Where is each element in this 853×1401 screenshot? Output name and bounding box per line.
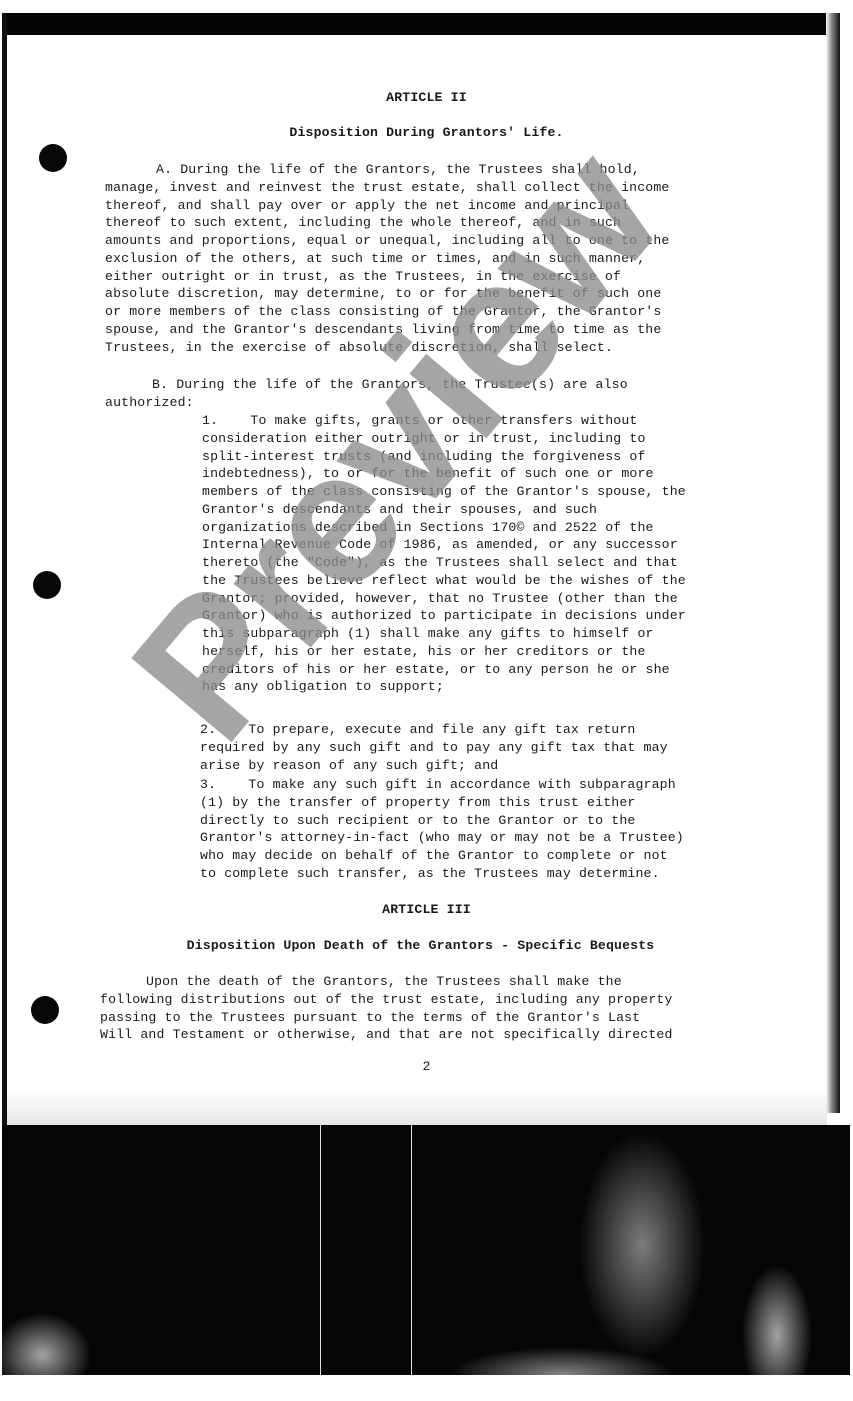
text-line: this subparagraph (1) shall make any gif… xyxy=(202,625,654,643)
hole-punch xyxy=(31,996,59,1024)
text-line: has any obligation to support; xyxy=(202,678,444,696)
scanner-seam xyxy=(320,1125,321,1375)
text-line: Trustees, in the exercise of absolute di… xyxy=(105,339,613,357)
text-line: to complete such transfer, as the Truste… xyxy=(200,865,660,883)
text-line: Upon the death of the Grantors, the Trus… xyxy=(146,973,622,991)
text-line: Grantor's descendants and their spouses,… xyxy=(202,501,597,519)
text-line: spouse, and the Grantor's descendants li… xyxy=(105,321,661,339)
text-line: creditors of his or her estate, or to an… xyxy=(202,661,670,679)
text-line: directly to such recipient or to the Gra… xyxy=(200,812,635,830)
page-number: 2 xyxy=(0,1058,853,1076)
text-line: 3. To make any such gift in accordance w… xyxy=(200,776,676,794)
hole-punch xyxy=(33,571,61,599)
text-line: who may decide on behalf of the Grantor … xyxy=(200,847,668,865)
text-line: 2. To prepare, execute and file any gift… xyxy=(200,721,635,739)
text-line: Internal Revenue Code of 1986, as amende… xyxy=(202,536,678,554)
text-line: thereto (the "Code"), as the Trustees sh… xyxy=(202,554,678,572)
text-line: B. During the life of the Grantors, the … xyxy=(152,376,628,394)
text-line: Grantor; provided, however, that no Trus… xyxy=(202,590,678,608)
article-iii-subtitle: Disposition Upon Death of the Grantors -… xyxy=(0,937,847,955)
article-iii-title: ARTICLE III xyxy=(0,901,853,919)
article-ii-title: ARTICLE II xyxy=(0,89,853,107)
article-ii-subtitle: Disposition During Grantors' Life. xyxy=(0,124,853,142)
text-line: herself, his or her estate, his or her c… xyxy=(202,643,646,661)
text-line: following distributions out of the trust… xyxy=(100,991,673,1009)
text-line: or more members of the class consisting … xyxy=(105,303,661,321)
text-line: thereof to such extent, including the wh… xyxy=(105,214,621,232)
scan-border-top xyxy=(2,13,839,35)
scan-background-bottom xyxy=(2,1125,850,1375)
text-line: required by any such gift and to pay any… xyxy=(200,739,668,757)
text-line: A. During the life of the Grantors, the … xyxy=(156,161,640,179)
text-line: arise by reason of any such gift; and xyxy=(200,757,498,775)
text-line: authorized: xyxy=(105,394,194,412)
text-line: (1) by the transfer of property from thi… xyxy=(200,794,635,812)
text-line: Will and Testament or otherwise, and tha… xyxy=(100,1026,673,1044)
text-line: organizations described in Sections 170©… xyxy=(202,519,654,537)
text-line: indebtedness), to or for the benefit of … xyxy=(202,465,654,483)
text-line: exclusion of the others, at such time or… xyxy=(105,250,645,268)
text-line: split-interest trusts (and including the… xyxy=(202,448,646,466)
text-line: members of the class consisting of the G… xyxy=(202,483,686,501)
text-line: amounts and proportions, equal or unequa… xyxy=(105,232,669,250)
hole-punch xyxy=(39,144,67,172)
text-line: Grantor) who is authorized to participat… xyxy=(202,607,686,625)
text-line: consideration either outright or in trus… xyxy=(202,430,646,448)
scanner-seam xyxy=(411,1125,412,1375)
text-line: the Trustees believe reflect what would … xyxy=(202,572,686,590)
text-line: passing to the Trustees pursuant to the … xyxy=(100,1009,640,1027)
text-line: manage, invest and reinvest the trust es… xyxy=(105,179,669,197)
text-line: Grantor's attorney-in-fact (who may or m… xyxy=(200,829,684,847)
text-line: thereof, and shall pay over or apply the… xyxy=(105,197,629,215)
text-line: either outright or in trust, as the Trus… xyxy=(105,268,621,286)
text-line: absolute discretion, may determine, to o… xyxy=(105,285,661,303)
text-line: 1. To make gifts, grants or other transf… xyxy=(202,412,637,430)
scan-shadow xyxy=(7,1090,827,1126)
